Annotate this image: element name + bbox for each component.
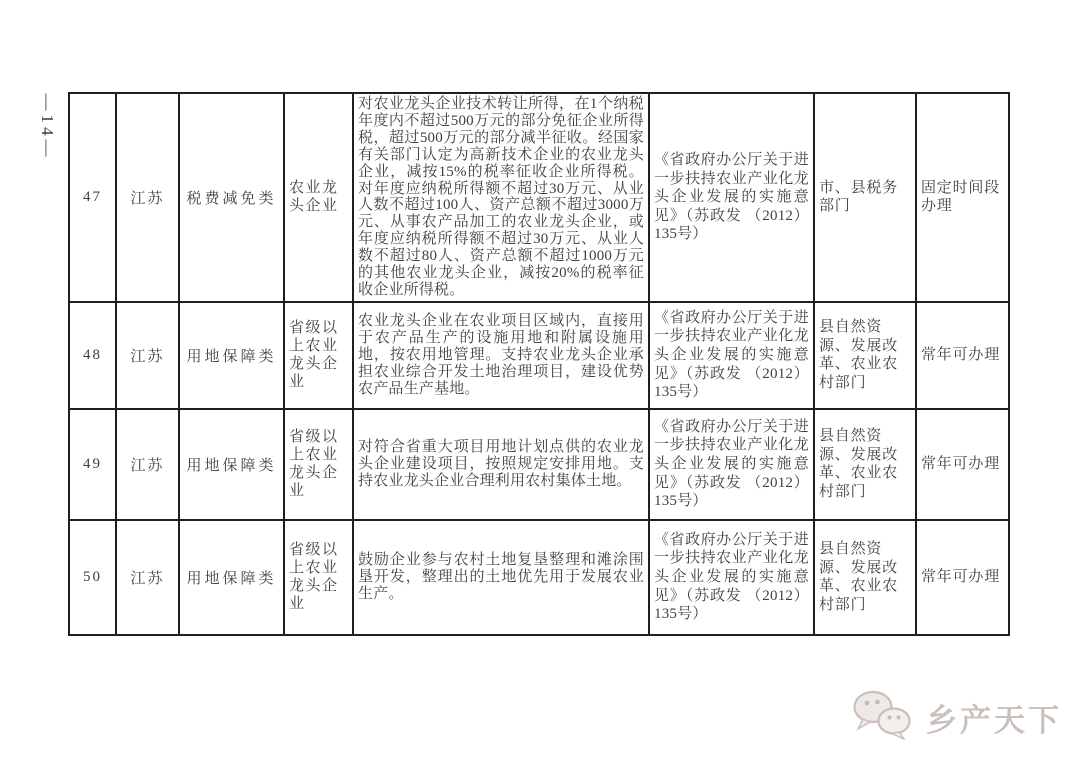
cell-category: 税费减免类 xyxy=(179,93,284,302)
cell-province: 江苏 xyxy=(116,520,179,635)
cell-number: 48 xyxy=(69,302,116,409)
cell-policy-basis: 《省政府办公厅关于进一步扶持农业产业化龙头企业发展的实施意见》（苏政发 （201… xyxy=(649,409,814,520)
brand-text: 乡产天下 xyxy=(926,695,1062,740)
cell-schedule: 常年可办理 xyxy=(916,302,1009,409)
cell-policy-basis: 《省政府办公厅关于进一步扶持农业产业化龙头企业发展的实施意见》（苏政发 （201… xyxy=(649,520,814,635)
cell-target: 农业龙头企业 xyxy=(284,93,353,302)
cell-department: 县自然资源、发展改革、农业农村部门 xyxy=(814,520,916,635)
cell-policy-basis: 《省政府办公厅关于进一步扶持农业产业化龙头企业发展的实施意见》（苏政发 （201… xyxy=(649,302,814,409)
cell-policy-content: 农业龙头企业在农业项目区域内，直接用于农产品生产的设施用地和附属设施用地，按农用… xyxy=(353,302,649,409)
cell-category: 用地保障类 xyxy=(179,302,284,409)
cell-department: 县自然资源、发展改革、农业农村部门 xyxy=(814,302,916,409)
cell-target: 省级以上农业龙头企业 xyxy=(284,520,353,635)
cell-department: 县自然资源、发展改革、农业农村部门 xyxy=(814,409,916,520)
cell-province: 江苏 xyxy=(116,93,179,302)
cell-category: 用地保障类 xyxy=(179,409,284,520)
wechat-chat-bubbles-icon xyxy=(850,690,914,745)
cell-number: 47 xyxy=(69,93,116,302)
cell-policy-content: 对农业龙头企业技术转让所得，在1个纳税年度内不超过500万元的部分免征企业所得税… xyxy=(353,93,649,302)
table-row: 50 江苏 用地保障类 省级以上农业龙头企业 鼓励企业参与农村土地复垦整理和滩涂… xyxy=(69,520,1009,635)
cell-schedule: 固定时间段办理 xyxy=(916,93,1009,302)
cell-number: 50 xyxy=(69,520,116,635)
cell-category: 用地保障类 xyxy=(179,520,284,635)
cell-province: 江苏 xyxy=(116,302,179,409)
page-number: —14— xyxy=(37,94,57,161)
cell-province: 江苏 xyxy=(116,409,179,520)
cell-schedule: 常年可办理 xyxy=(916,409,1009,520)
cell-target: 省级以上农业龙头企业 xyxy=(284,409,353,520)
table-row: 49 江苏 用地保障类 省级以上农业龙头企业 对符合省重大项目用地计划点供的农业… xyxy=(69,409,1009,520)
cell-number: 49 xyxy=(69,409,116,520)
document-page: —14— 47 江苏 税费减免类 农业龙头企业 对农业龙头企业技术转让所得，在1… xyxy=(0,0,1080,763)
cell-policy-basis: 《省政府办公厅关于进一步扶持农业产业化龙头企业发展的实施意见》（苏政发 （201… xyxy=(649,93,814,302)
cell-department: 市、县税务部门 xyxy=(814,93,916,302)
cell-schedule: 常年可办理 xyxy=(916,520,1009,635)
table-row: 48 江苏 用地保障类 省级以上农业龙头企业 农业龙头企业在农业项目区域内，直接… xyxy=(69,302,1009,409)
policy-table: 47 江苏 税费减免类 农业龙头企业 对农业龙头企业技术转让所得，在1个纳税年度… xyxy=(68,92,1010,636)
cell-policy-content: 鼓励企业参与农村土地复垦整理和滩涂围垦开发，整理出的土地优先用于发展农业生产。 xyxy=(353,520,649,635)
footer-brand: 乡产天下 xyxy=(850,690,1062,745)
cell-policy-content: 对符合省重大项目用地计划点供的农业龙头企业建设项目，按照规定安排用地。支持农业龙… xyxy=(353,409,649,520)
cell-target: 省级以上农业龙头企业 xyxy=(284,302,353,409)
table-row: 47 江苏 税费减免类 农业龙头企业 对农业龙头企业技术转让所得，在1个纳税年度… xyxy=(69,93,1009,302)
